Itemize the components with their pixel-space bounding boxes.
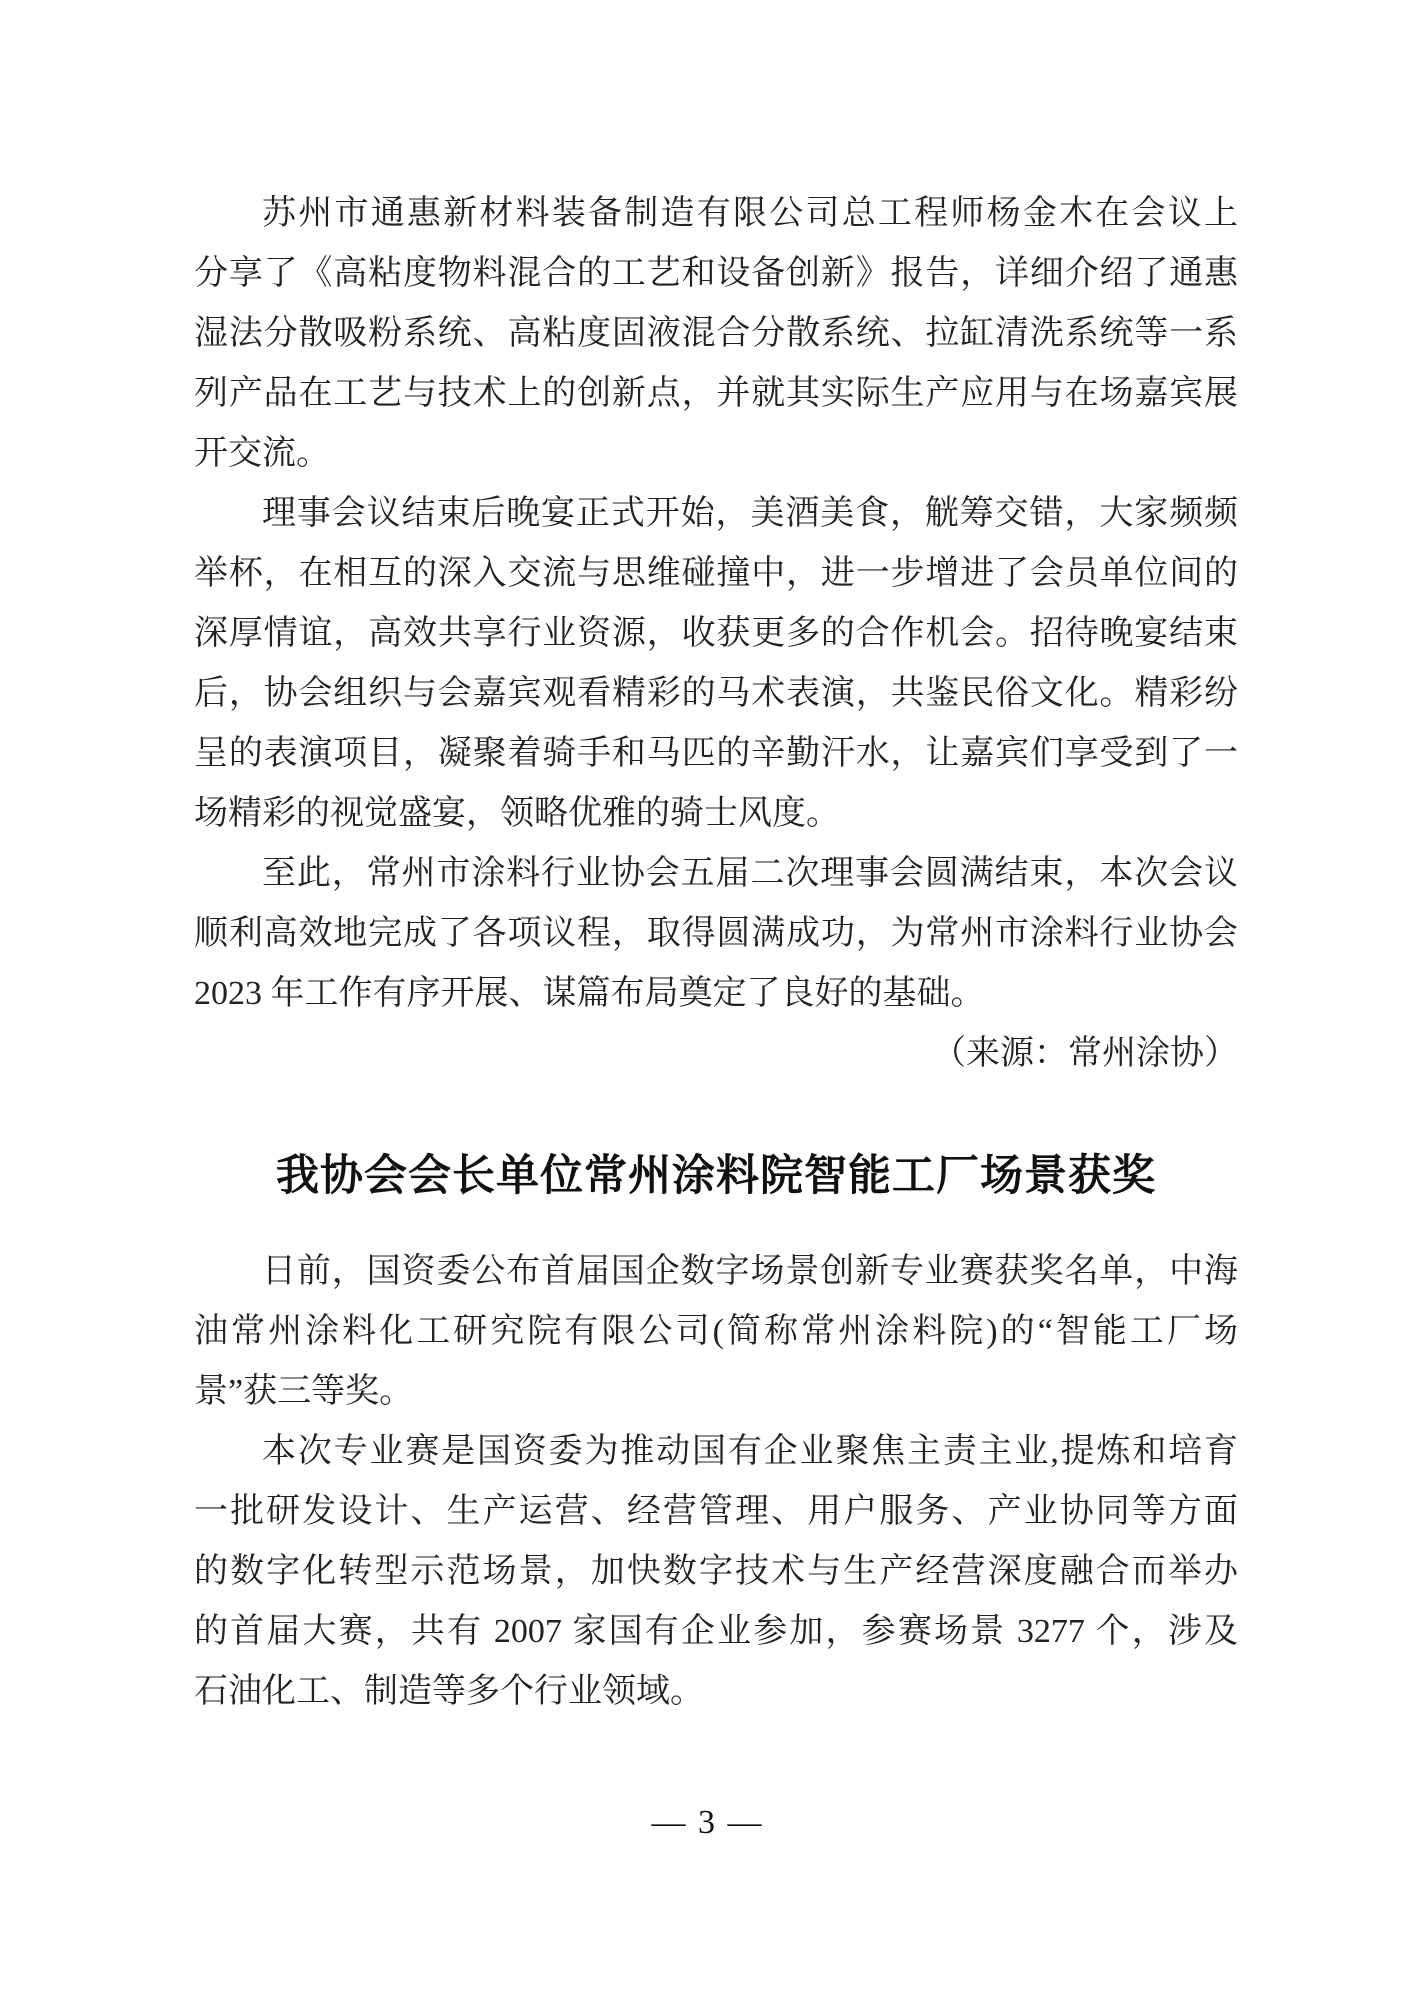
paragraph-conclusion: 至此，常州市涂料行业协会五届二次理事会圆满结束，本次会议 顺利高效地完成了各项议… [194, 844, 1238, 1024]
paragraph-meeting-report: 苏州市通惠新材料装备制造有限公司总工程师杨金木在会议上 分享了《高粘度物料混合的… [194, 184, 1238, 484]
text-line: 的首届大赛，共有 2007 家国有企业参加，参赛场景 3277 个，涉及 [194, 1602, 1238, 1662]
text-line: 苏州市通惠新材料装备制造有限公司总工程师杨金木在会议上 [194, 184, 1238, 244]
text-line: 列产品在工艺与技术上的创新点，并就其实际生产应用与在场嘉宾展 [194, 364, 1238, 424]
text-line: 的数字化转型示范场景，加快数字技术与生产经营深度融合而举办 [194, 1542, 1238, 1602]
text-line: 油常州涂料化工研究院有限公司(简称常州涂料院)的“智能工厂场 [194, 1302, 1238, 1362]
source-credit: （来源：常州涂协） [194, 1024, 1238, 1084]
text-line: 分享了《高粘度物料混合的工艺和设备创新》报告，详细介绍了通惠 [194, 244, 1238, 304]
text-line: 后，协会组织与会嘉宾观看精彩的马术表演，共鉴民俗文化。精彩纷 [194, 664, 1238, 724]
text-line: 本次专业赛是国资委为推动国有企业聚焦主责主业,提炼和培育 [194, 1422, 1238, 1482]
page-number: — 3 — [0, 1798, 1415, 1848]
text-line: 深厚情谊，高效共享行业资源，收获更多的合作机会。招待晚宴结束 [194, 604, 1238, 664]
paragraph-banquet: 理事会议结束后晚宴正式开始，美酒美食，觥筹交错，大家频频 举杯，在相互的深入交流… [194, 484, 1238, 844]
text-line: 日前，国资委公布首届国企数字场景创新专业赛获奖名单，中海 [194, 1242, 1238, 1302]
document-body: 苏州市通惠新材料装备制造有限公司总工程师杨金木在会议上 分享了《高粘度物料混合的… [194, 184, 1238, 1722]
text-line: 呈的表演项目，凝聚着骑手和马匹的辛勤汗水，让嘉宾们享受到了一 [194, 724, 1238, 784]
text-line: 景”获三等奖。 [194, 1362, 1238, 1422]
article-title: 我协会会长单位常州涂料院智能工厂场景获奖 [194, 1146, 1238, 1206]
paragraph-award-announcement: 日前，国资委公布首届国企数字场景创新专业赛获奖名单，中海 油常州涂料化工研究院有… [194, 1242, 1238, 1422]
text-line: 举杯，在相互的深入交流与思维碰撞中，进一步增进了会员单位间的 [194, 544, 1238, 604]
text-line: 湿法分散吸粉系统、高粘度固液混合分散系统、拉缸清洗系统等一系 [194, 304, 1238, 364]
text-line: 场精彩的视觉盛宴，领略优雅的骑士风度。 [194, 784, 1238, 844]
text-line: 理事会议结束后晚宴正式开始，美酒美食，觥筹交错，大家频频 [194, 484, 1238, 544]
text-line: 石油化工、制造等多个行业领域。 [194, 1662, 1238, 1722]
text-line: 一批研发设计、生产运营、经营管理、用户服务、产业协同等方面 [194, 1482, 1238, 1542]
text-line: 至此，常州市涂料行业协会五届二次理事会圆满结束，本次会议 [194, 844, 1238, 904]
text-line: 顺利高效地完成了各项议程，取得圆满成功，为常州市涂料行业协会 [194, 904, 1238, 964]
document-page: 苏州市通惠新材料装备制造有限公司总工程师杨金木在会议上 分享了《高粘度物料混合的… [0, 0, 1415, 2000]
text-line: 2023 年工作有序开展、谋篇布局奠定了良好的基础。 [194, 964, 1238, 1024]
text-line: 开交流。 [194, 424, 1238, 484]
paragraph-competition-details: 本次专业赛是国资委为推动国有企业聚焦主责主业,提炼和培育 一批研发设计、生产运营… [194, 1422, 1238, 1722]
